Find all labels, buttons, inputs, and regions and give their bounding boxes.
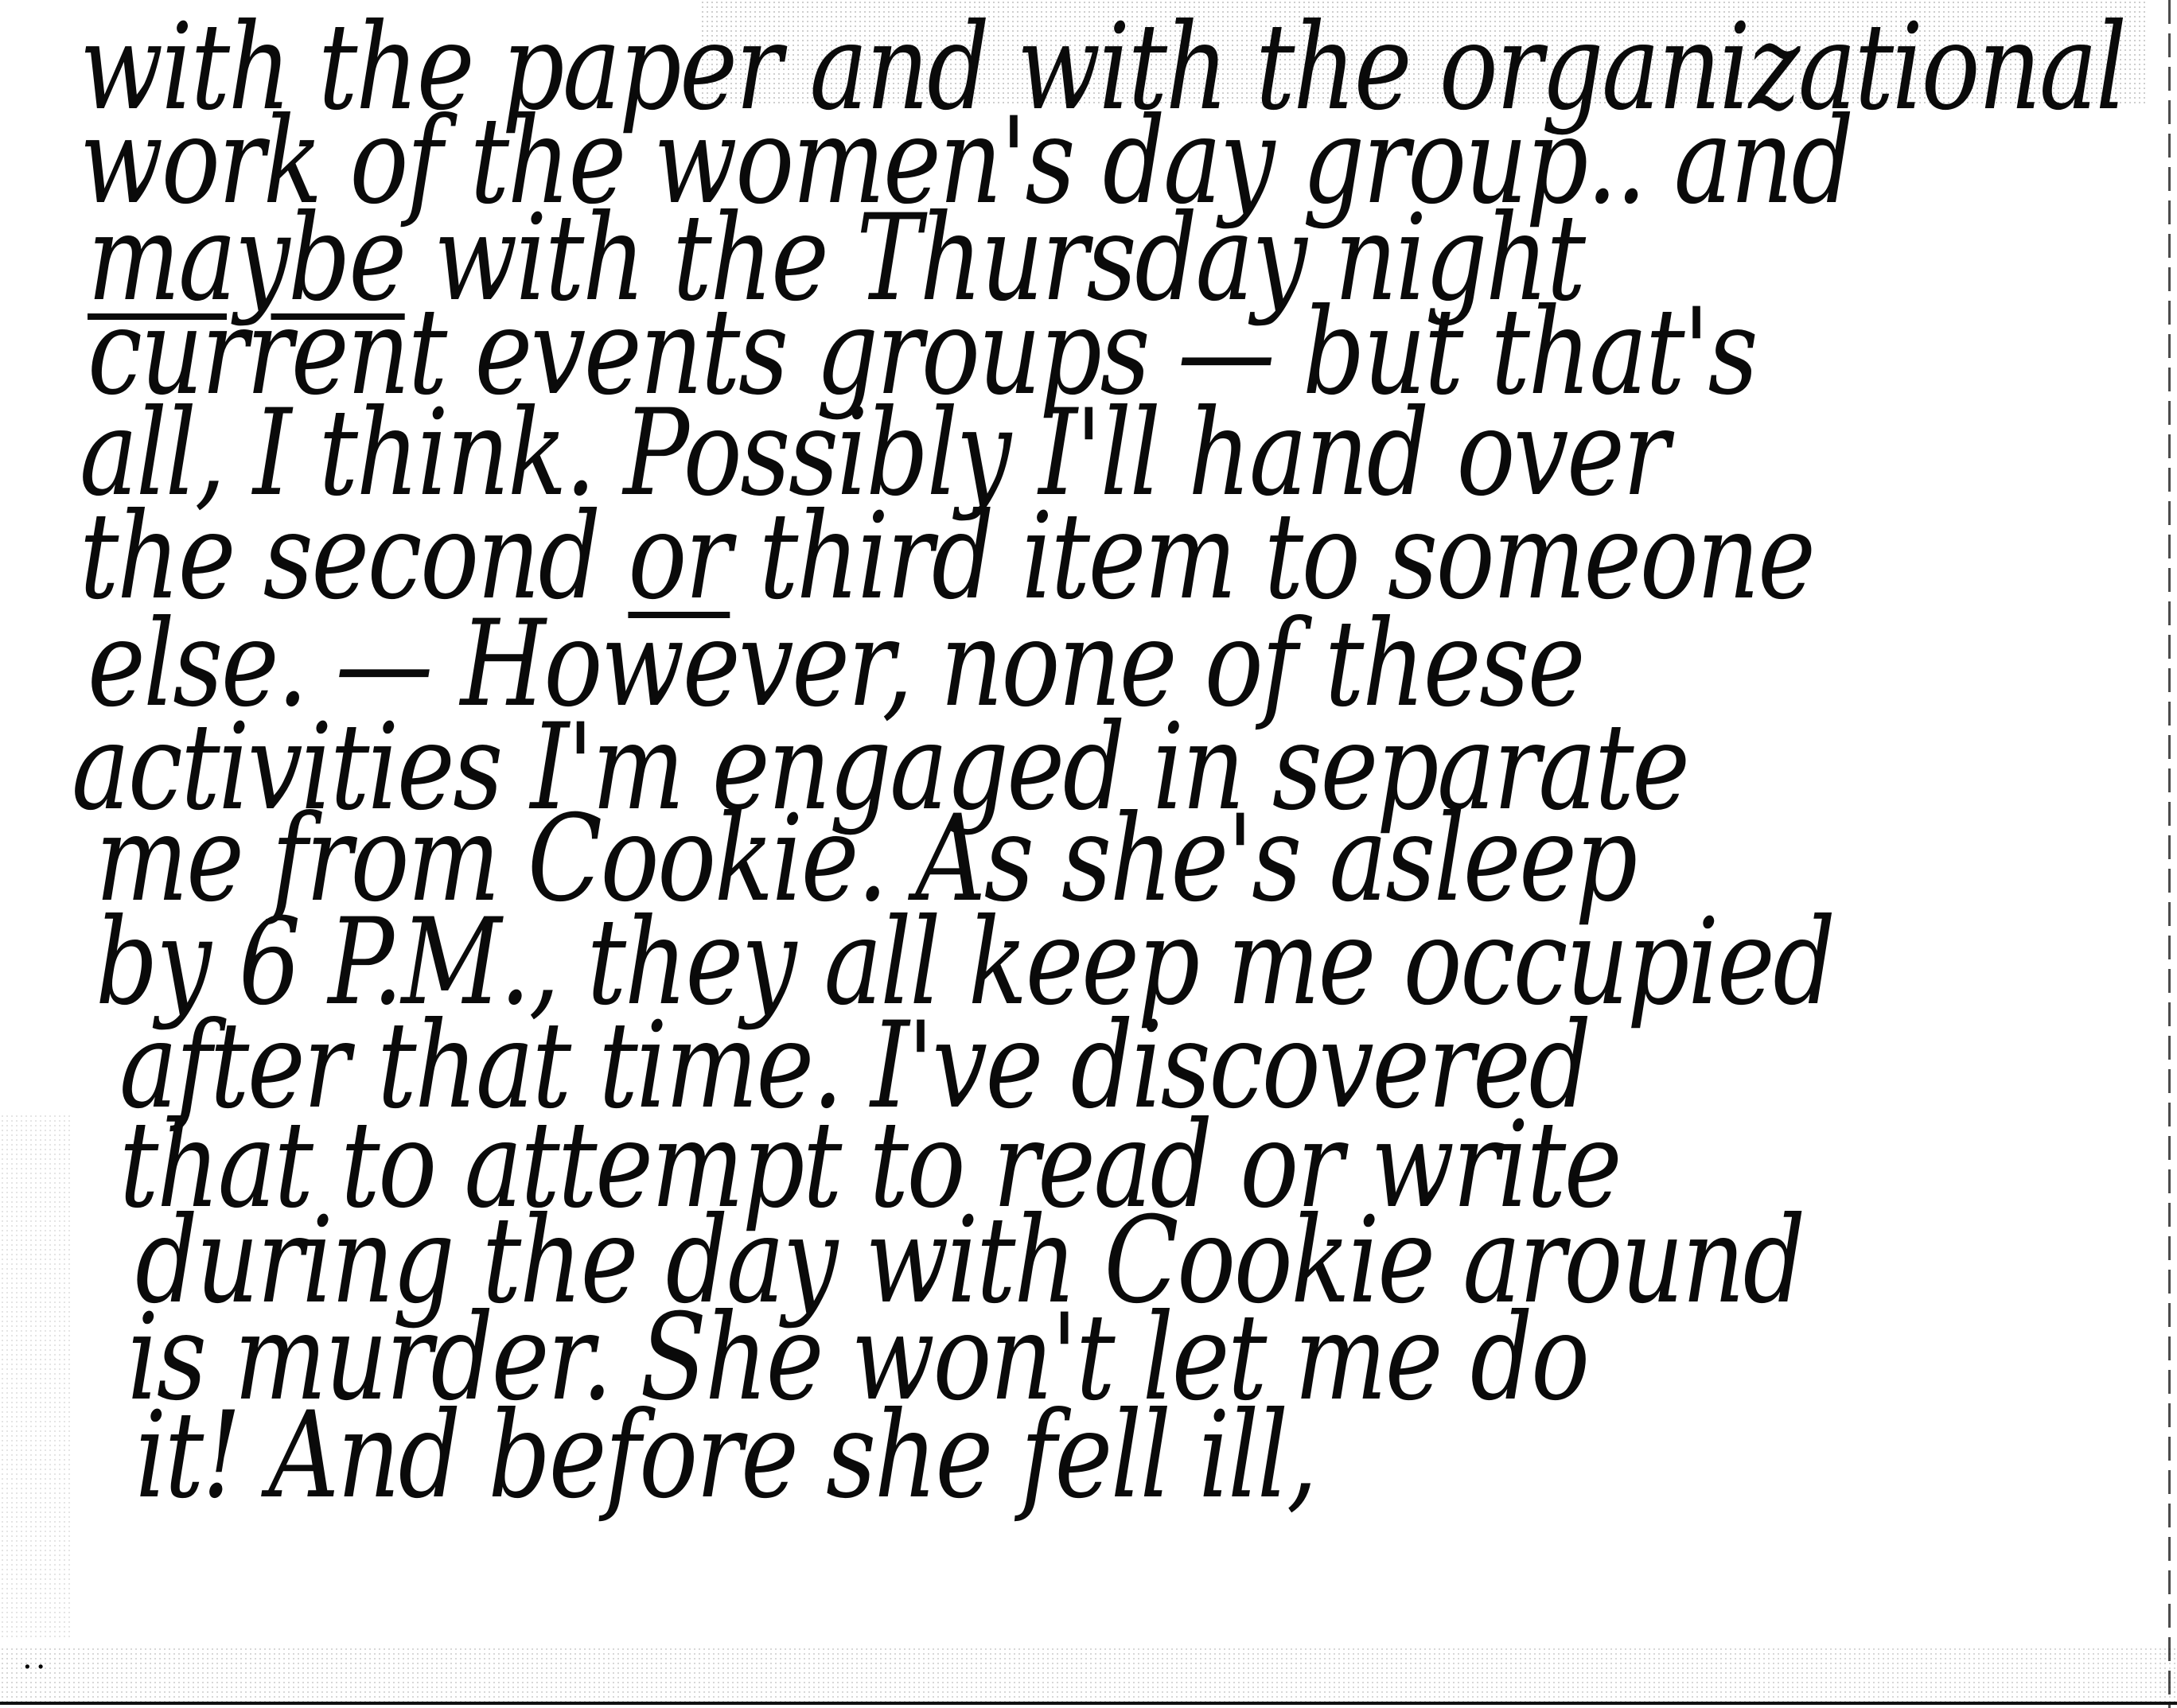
scan-noise-left (0, 1114, 72, 1639)
corner-mark: .. (22, 1640, 49, 1676)
page-edge-right (2168, 0, 2171, 1708)
page-edge-bottom (0, 1702, 2177, 1705)
scan-noise-bottom (0, 1647, 2177, 1702)
scanned-letter-page: with the paper and with the organization… (0, 0, 2177, 1708)
handwritten-line-15: it! And before she fell ill, (135, 1396, 1316, 1515)
